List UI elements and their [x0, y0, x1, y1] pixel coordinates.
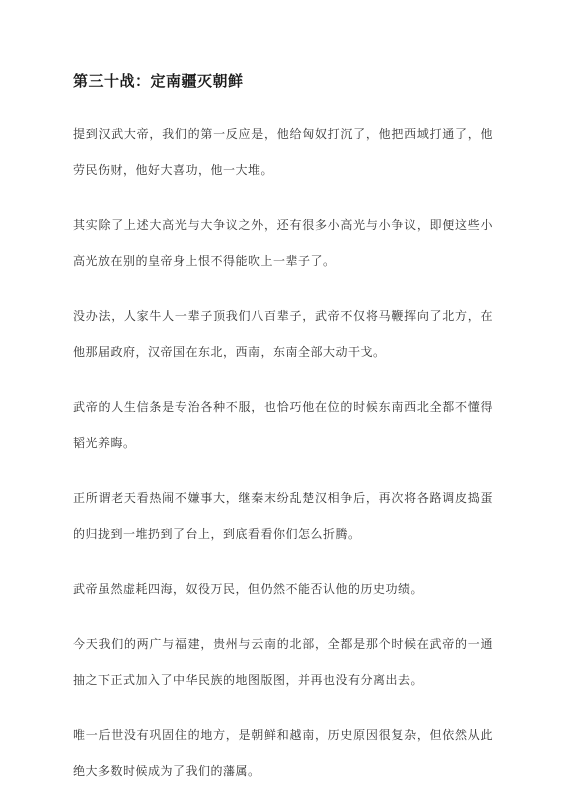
paragraph: 其实除了上述大高光与大争议之外，还有很多小高光与小争议，即便这些小高光放在别的皇… — [73, 207, 493, 279]
paragraph: 正所谓老天看热闹不嫌事大，继秦末纷乱楚汉相争后，再次将各路调皮捣蛋的归拢到一堆扔… — [73, 480, 493, 552]
chapter-title: 第三十战：定南疆灭朝鲜 — [73, 72, 493, 92]
paragraph: 提到汉武大帝，我们的第一反应是，他给匈奴打沉了，他把西域打通了，他劳民伤财，他好… — [73, 116, 493, 188]
paragraph: 武帝虽然虚耗四海，奴役万民，但仍然不能否认他的历史功绩。 — [73, 571, 493, 607]
paragraph: 唯一后世没有巩固住的地方，是朝鲜和越南，历史原因很复杂，但依然从此绝大多数时候成… — [73, 717, 493, 789]
paragraph: 没办法，人家牛人一辈子顶我们八百辈子，武帝不仅将马鞭挥向了北方，在他那届政府，汉… — [73, 298, 493, 370]
paragraph: 武帝的人生信条是专治各种不服，也恰巧他在位的时候东南西北全都不懂得韬光养晦。 — [73, 389, 493, 461]
document-page: 第三十战：定南疆灭朝鲜 提到汉武大帝，我们的第一反应是，他给匈奴打沉了，他把西域… — [0, 0, 566, 800]
paragraph: 今天我们的两广与福建，贵州与云南的北部，全都是那个时候在武帝的一通抽之下正式加入… — [73, 626, 493, 698]
